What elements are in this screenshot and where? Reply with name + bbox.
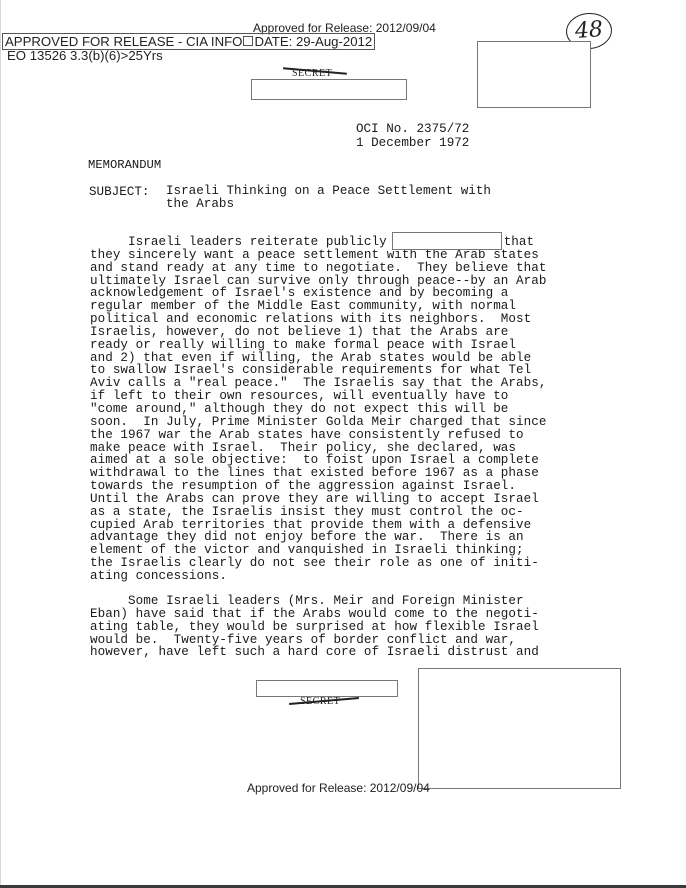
paragraph-1: Israeli leaders reiterate publiclythat t… [90,236,560,583]
release-stamp-prefix: APPROVED FOR RELEASE - CIA INFO [5,34,242,49]
approved-for-release-bottom: Approved for Release: 2012/09/04 [247,781,430,795]
redaction-box-top [251,79,407,100]
redaction-box-inline [392,232,502,250]
redaction-box-bottom-right [418,668,621,789]
subject-label: SUBJECT: [89,185,149,199]
subject-text: Israeli Thinking on a Peace Settlement w… [166,185,491,211]
page-edge [0,0,1,885]
oci-number: OCI No. 2375/72 [356,122,469,136]
header-reference: OCI No. 2375/72 1 December 1972 [356,122,469,150]
paragraph-1-text: they sincerely want a peace settlement w… [90,248,546,583]
release-stamp-date: DATE: 29-Aug-2012 [254,34,372,49]
memo-date: 1 December 1972 [356,136,469,150]
exemption-code: EO 13526 3.3(b)(6)>25Yrs [7,48,163,63]
checkbox-glyph-icon [243,36,253,46]
paragraph-2: Some Israeli leaders (Mrs. Meir and Fore… [90,595,560,659]
memorandum-label: MEMORANDUM [88,158,161,172]
redaction-box-top-right [477,41,591,108]
redaction-box-bottom [256,680,398,697]
